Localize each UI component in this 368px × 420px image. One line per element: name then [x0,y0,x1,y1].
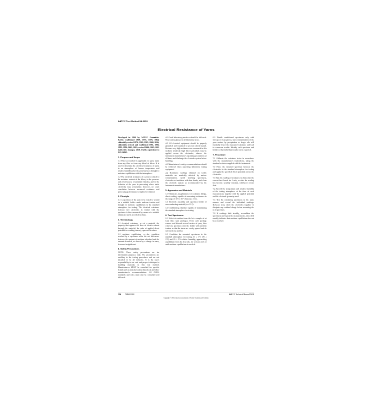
section-4-heading: 4. Safety Precautions [118,248,159,251]
paragraph-7-4: 7.4 Record the temperature and relative … [213,188,254,198]
page-title: Electrical Resistance of Yarns [118,127,254,132]
revision-history: Developed in 1966 by AATCC Committee RA3… [118,137,159,155]
page-footer: 134 TM84-2018 AATCC Technical Manual/201… [118,292,254,295]
section-2-heading: 2. Principle [118,195,159,198]
paragraph-4-2: 4.2 All electrical equipment should be p… [165,143,206,163]
safety-note: NOTE: These safety precautions are for i… [118,251,159,279]
paragraph-3-2: 3.2 moisture equilibrium, n.—the conditi… [118,233,159,246]
apparatus-item-5-1: 5.1 Ohmmeter, megohmmeter or resistance … [165,193,206,201]
apparatus-item-5-2: 5.2 Electrode assembly and specimen hold… [165,201,206,206]
section-5-heading: 5. Apparatus and Materials [165,189,206,192]
method-number-header: AATCC Test Method 84-2018 [118,120,254,123]
paragraph-7-1: 7.1 Calibrate the resistance tester in a… [213,157,254,165]
column-middle: 4.1 Good laboratory practices should be … [165,137,206,289]
apparatus-item-5-3: 5.3 Conditioning chamber capable of main… [165,207,206,212]
footer-manual-title: AATCC Technical Manual/2018 [229,293,254,295]
screenshot-canvas: AATCC Test Method 84-2018 Electrical Res… [0,0,368,420]
paragraph-3-1: 3.1 electrical resistance, n.—of a mater… [118,222,159,232]
paragraph-6-3: 6.3 Handle conditioned specimens only wi… [213,137,254,152]
section-1-heading: 1. Purpose and Scope [118,156,159,159]
paragraph-4-1: 4.1 Good laboratory practices should be … [165,137,206,142]
paragraph-7-5: 7.5 Test the remaining specimens in the … [213,199,254,212]
paragraph-4-3: 4.3 Manufacturer's safety recommendation… [165,164,206,172]
paragraph-7-2: 7.2 Place the mounted specimen between t… [213,166,254,176]
footer-copyright: Copyright © 2018 American Association of… [118,297,254,299]
footer-method-code: TM84-2018 [125,293,134,295]
section-3-heading: 3. Terminology [118,219,159,222]
paragraph-4-4: 4.4 Resistance readings obtained on text… [165,172,206,187]
paragraph-7-3: 7.3 Take the reading of resistance in oh… [213,177,254,187]
text-columns: Developed in 1966 by AATCC Committee RA3… [118,137,254,289]
paragraph-6-2: 6.2 Condition the mounted specimens in t… [165,234,206,247]
paragraph-1-2: 1.2 The electrical resistance of a yarn … [118,176,159,194]
page-content: AATCC Test Method 84-2018 Electrical Res… [118,120,254,302]
column-right: 6.3 Handle conditioned specimens only wi… [213,137,254,289]
footer-page-number: 134 [118,293,121,295]
paragraph-6-1: 6.1 Select at random from the lot a samp… [165,218,206,233]
paragraph-1-1: 1.1 This test method is applicable to ya… [118,160,159,175]
footer-left: 134 TM84-2018 [118,293,134,295]
column-left: Developed in 1966 by AATCC Committee RA3… [118,137,159,289]
paragraph-7-6: 7.6 If readings drift steadily, recondit… [213,212,254,222]
paragraph-2-1: 2.1 A specimen of the yarn to be tested … [118,199,159,217]
section-7-heading: 7. Procedure [213,154,254,157]
document-page: AATCC Test Method 84-2018 Electrical Res… [118,120,254,302]
section-6-heading: 6. Test Specimens [165,214,206,217]
